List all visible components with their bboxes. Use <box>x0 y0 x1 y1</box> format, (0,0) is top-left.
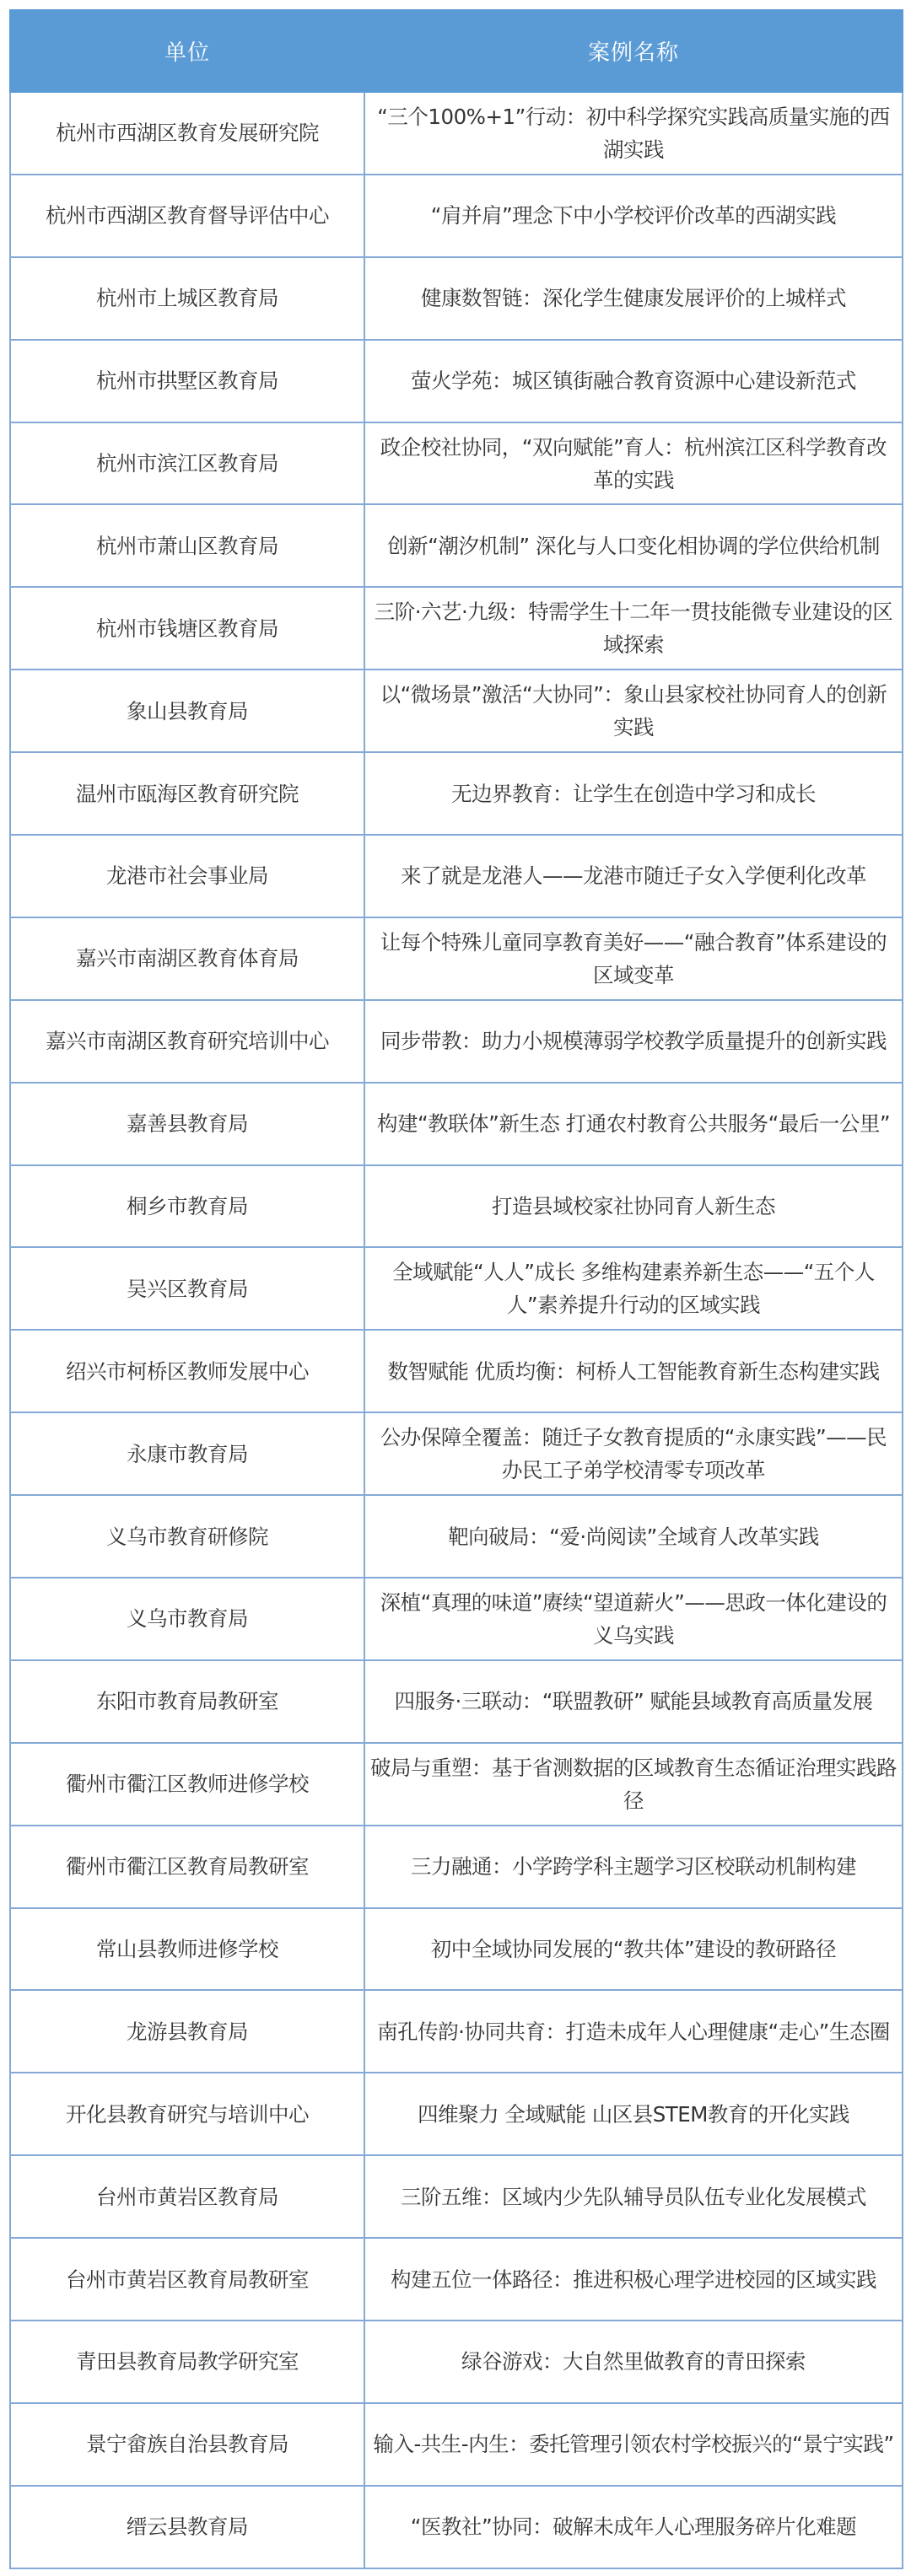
table-row: 衢州市衢江区教师进修学校破局与重塑：基于省测数据的区域教育生态循证治理实践路径 <box>10 1743 903 1826</box>
unit-cell: 吴兴区教育局 <box>10 1247 364 1330</box>
case-name-cell: 公办保障全覆盖：随迁子女教育提质的“永康实践”——民办民工子弟学校清零专项改革 <box>364 1412 903 1495</box>
unit-cell: 龙港市社会事业局 <box>10 835 364 917</box>
case-name-cell: 三阶五维：区域内少先队辅导员队伍专业化发展模式 <box>364 2155 903 2238</box>
case-name-cell: 全域赋能“人人”成长 多维构建素养新生态——“五个人人”素养提升行动的区域实践 <box>364 1247 903 1330</box>
unit-cell: 象山县教育局 <box>10 670 364 752</box>
table-row: 义乌市教育局深植“真理的味道”赓续“望道薪火”——思政一体化建设的义乌实践 <box>10 1578 903 1660</box>
case-name-cell: 健康数智链：深化学生健康发展评价的上城样式 <box>364 257 903 340</box>
unit-cell: 嘉兴市南湖区教育研究培训中心 <box>10 1000 364 1083</box>
table-row: 开化县教育研究与培训中心四维聚力 全域赋能 山区县STEM教育的开化实践 <box>10 2073 903 2155</box>
table-row: 景宁畲族自治县教育局输入-共生-内生：委托管理引领农村学校振兴的“景宁实践” <box>10 2403 903 2486</box>
case-name-cell: 南孔传韵·协同共育：打造未成年人心理健康“走心”生态圈 <box>364 1990 903 2073</box>
table-row: 常山县教师进修学校初中全域协同发展的“教共体”建设的教研路径 <box>10 1908 903 1991</box>
case-name-cell: 靶向破局：“爱·尚阅读”全域育人改革实践 <box>364 1495 903 1578</box>
case-name-cell: 创新“潮汐机制” 深化与人口变化相协调的学位供给机制 <box>364 504 903 587</box>
unit-cell: 杭州市滨江区教育局 <box>10 422 364 505</box>
unit-cell: 嘉兴市南湖区教育体育局 <box>10 917 364 1000</box>
table-row: 象山县教育局以“微场景”激活“大协同”：象山县家校社协同育人的创新实践 <box>10 670 903 752</box>
unit-cell: 杭州市拱墅区教育局 <box>10 340 364 422</box>
case-name-cell: “医教社”协同：破解未成年人心理服务碎片化难题 <box>364 2486 903 2568</box>
case-name-cell: 破局与重塑：基于省测数据的区域教育生态循证治理实践路径 <box>364 1743 903 1826</box>
unit-cell: 杭州市钱塘区教育局 <box>10 587 364 670</box>
table-row: 龙港市社会事业局来了就是龙港人——龙港市随迁子女入学便利化改革 <box>10 835 903 917</box>
case-name-cell: “三个100%+1”行动：初中科学探究实践高质量实施的西湖实践 <box>364 92 903 175</box>
table-row: 绍兴市柯桥区教师发展中心数智赋能 优质均衡：柯桥人工智能教育新生态构建实践 <box>10 1330 903 1412</box>
table-row: 东阳市教育局教研室四服务·三联动：“联盟教研” 赋能县域教育高质量发展 <box>10 1660 903 1743</box>
case-name-cell: 三阶·六艺·九级：特需学生十二年一贯技能微专业建设的区域探索 <box>364 587 903 670</box>
unit-cell: 开化县教育研究与培训中心 <box>10 2073 364 2155</box>
table-row: 青田县教育局教学研究室绿谷游戏：大自然里做教育的青田探索 <box>10 2321 903 2403</box>
table-row: 杭州市西湖区教育督导评估中心“肩并肩”理念下中小学校评价改革的西湖实践 <box>10 175 903 257</box>
unit-cell: 景宁畲族自治县教育局 <box>10 2403 364 2486</box>
unit-cell: 杭州市上城区教育局 <box>10 257 364 340</box>
case-name-cell: 初中全域协同发展的“教共体”建设的教研路径 <box>364 1908 903 1991</box>
case-name-cell: “肩并肩”理念下中小学校评价改革的西湖实践 <box>364 175 903 257</box>
table-row: 龙游县教育局南孔传韵·协同共育：打造未成年人心理健康“走心”生态圈 <box>10 1990 903 2073</box>
unit-cell: 杭州市西湖区教育督导评估中心 <box>10 175 364 257</box>
unit-cell: 义乌市教育研修院 <box>10 1495 364 1578</box>
case-name-cell: 让每个特殊儿童同享教育美好——“融合教育”体系建设的区域变革 <box>364 917 903 1000</box>
case-name-cell: 构建“教联体”新生态 打通农村教育公共服务“最后一公里” <box>364 1083 903 1165</box>
case-name-cell: 三力融通：小学跨学科主题学习区校联动机制构建 <box>364 1826 903 1908</box>
table-row: 缙云县教育局“医教社”协同：破解未成年人心理服务碎片化难题 <box>10 2486 903 2568</box>
case-name-cell: 构建五位一体路径：推进积极心理学进校园的区域实践 <box>364 2238 903 2321</box>
case-name-cell: 无边界教育：让学生在创造中学习和成长 <box>364 752 903 835</box>
unit-cell: 义乌市教育局 <box>10 1578 364 1660</box>
table-row: 杭州市钱塘区教育局三阶·六艺·九级：特需学生十二年一贯技能微专业建设的区域探索 <box>10 587 903 670</box>
case-name-cell: 四服务·三联动：“联盟教研” 赋能县域教育高质量发展 <box>364 1660 903 1743</box>
case-name-cell: 输入-共生-内生：委托管理引领农村学校振兴的“景宁实践” <box>364 2403 903 2486</box>
case-name-cell: 政企校社协同，“双向赋能”育人：杭州滨江区科学教育改革的实践 <box>364 422 903 505</box>
table-row: 杭州市西湖区教育发展研究院“三个100%+1”行动：初中科学探究实践高质量实施的… <box>10 92 903 175</box>
case-name-cell: 深植“真理的味道”赓续“望道薪火”——思政一体化建设的义乌实践 <box>364 1578 903 1660</box>
table-row: 嘉善县教育局构建“教联体”新生态 打通农村教育公共服务“最后一公里” <box>10 1083 903 1165</box>
table-row: 温州市瓯海区教育研究院无边界教育：让学生在创造中学习和成长 <box>10 752 903 835</box>
table-row: 义乌市教育研修院靶向破局：“爱·尚阅读”全域育人改革实践 <box>10 1495 903 1578</box>
case-name-cell: 萤火学苑：城区镇街融合教育资源中心建设新范式 <box>364 340 903 422</box>
table-row: 杭州市萧山区教育局创新“潮汐机制” 深化与人口变化相协调的学位供给机制 <box>10 504 903 587</box>
table-row: 台州市黄岩区教育局三阶五维：区域内少先队辅导员队伍专业化发展模式 <box>10 2155 903 2238</box>
case-name-cell: 以“微场景”激活“大协同”：象山县家校社协同育人的创新实践 <box>364 670 903 752</box>
case-name-cell: 同步带教：助力小规模薄弱学校教学质量提升的创新实践 <box>364 1000 903 1083</box>
case-name-cell: 打造县域校家社协同育人新生态 <box>364 1165 903 1248</box>
table-row: 嘉兴市南湖区教育体育局让每个特殊儿童同享教育美好——“融合教育”体系建设的区域变… <box>10 917 903 1000</box>
case-name-cell: 数智赋能 优质均衡：柯桥人工智能教育新生态构建实践 <box>364 1330 903 1412</box>
table-row: 杭州市拱墅区教育局萤火学苑：城区镇街融合教育资源中心建设新范式 <box>10 340 903 422</box>
unit-cell: 衢州市衢江区教育局教研室 <box>10 1826 364 1908</box>
table-header-row: 单位 案例名称 <box>10 10 903 92</box>
unit-cell: 台州市黄岩区教育局 <box>10 2155 364 2238</box>
table-row: 杭州市滨江区教育局政企校社协同，“双向赋能”育人：杭州滨江区科学教育改革的实践 <box>10 422 903 505</box>
table-body: 杭州市西湖区教育发展研究院“三个100%+1”行动：初中科学探究实践高质量实施的… <box>10 92 903 2568</box>
unit-cell: 杭州市萧山区教育局 <box>10 504 364 587</box>
unit-cell: 常山县教师进修学校 <box>10 1908 364 1991</box>
column-header-case-name: 案例名称 <box>364 10 903 92</box>
table-row: 桐乡市教育局打造县域校家社协同育人新生态 <box>10 1165 903 1248</box>
unit-cell: 青田县教育局教学研究室 <box>10 2321 364 2403</box>
unit-cell: 缙云县教育局 <box>10 2486 364 2568</box>
case-name-cell: 绿谷游戏：大自然里做教育的青田探索 <box>364 2321 903 2403</box>
case-table: 单位 案例名称 杭州市西湖区教育发展研究院“三个100%+1”行动：初中科学探究… <box>9 9 903 2569</box>
case-name-cell: 四维聚力 全域赋能 山区县STEM教育的开化实践 <box>364 2073 903 2155</box>
unit-cell: 杭州市西湖区教育发展研究院 <box>10 92 364 175</box>
unit-cell: 永康市教育局 <box>10 1412 364 1495</box>
unit-cell: 温州市瓯海区教育研究院 <box>10 752 364 835</box>
unit-cell: 龙游县教育局 <box>10 1990 364 2073</box>
table-row: 杭州市上城区教育局健康数智链：深化学生健康发展评价的上城样式 <box>10 257 903 340</box>
unit-cell: 桐乡市教育局 <box>10 1165 364 1248</box>
table-row: 永康市教育局公办保障全覆盖：随迁子女教育提质的“永康实践”——民办民工子弟学校清… <box>10 1412 903 1495</box>
table-row: 台州市黄岩区教育局教研室构建五位一体路径：推进积极心理学进校园的区域实践 <box>10 2238 903 2321</box>
unit-cell: 嘉善县教育局 <box>10 1083 364 1165</box>
unit-cell: 台州市黄岩区教育局教研室 <box>10 2238 364 2321</box>
case-name-cell: 来了就是龙港人——龙港市随迁子女入学便利化改革 <box>364 835 903 917</box>
table-row: 嘉兴市南湖区教育研究培训中心同步带教：助力小规模薄弱学校教学质量提升的创新实践 <box>10 1000 903 1083</box>
table-row: 衢州市衢江区教育局教研室三力融通：小学跨学科主题学习区校联动机制构建 <box>10 1826 903 1908</box>
unit-cell: 衢州市衢江区教师进修学校 <box>10 1743 364 1826</box>
table-row: 吴兴区教育局全域赋能“人人”成长 多维构建素养新生态——“五个人人”素养提升行动… <box>10 1247 903 1330</box>
unit-cell: 绍兴市柯桥区教师发展中心 <box>10 1330 364 1412</box>
column-header-unit: 单位 <box>10 10 364 92</box>
unit-cell: 东阳市教育局教研室 <box>10 1660 364 1743</box>
